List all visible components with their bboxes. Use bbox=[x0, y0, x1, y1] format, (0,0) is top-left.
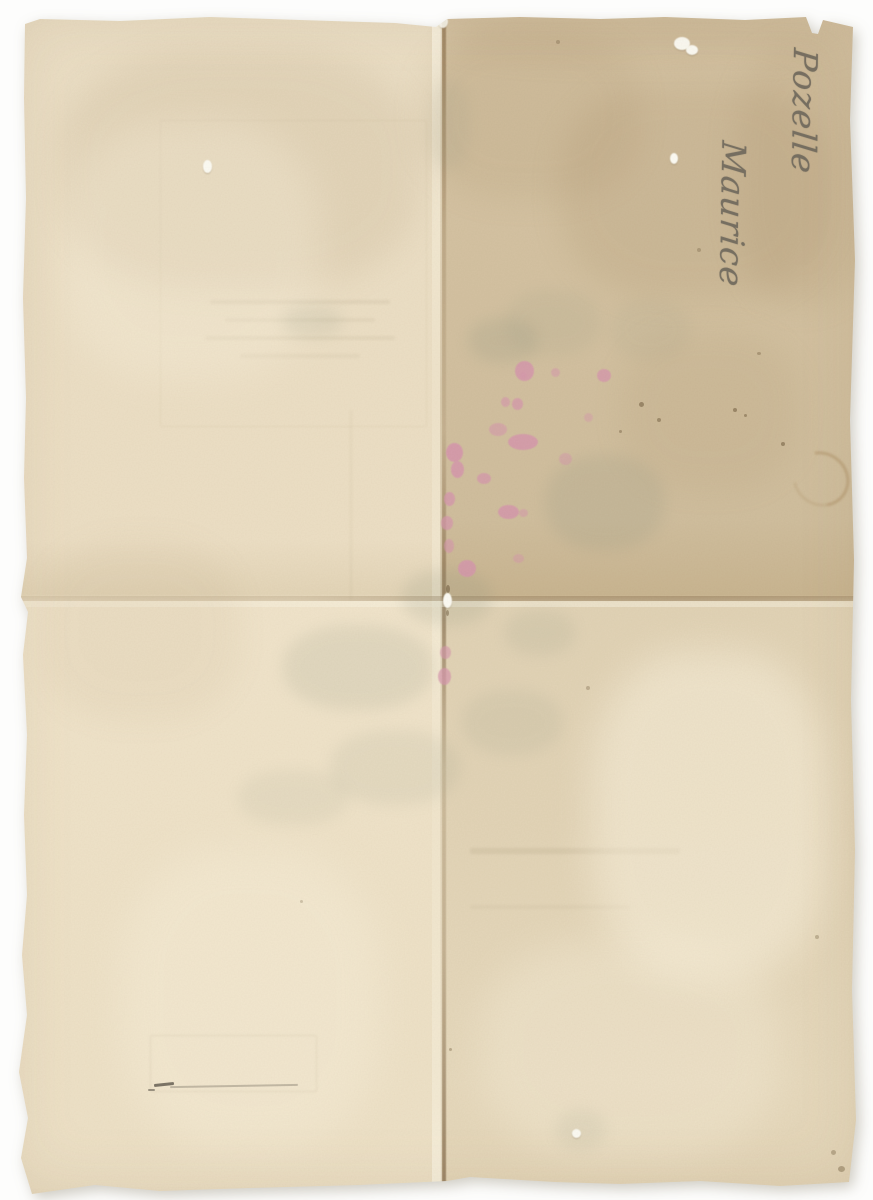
paper-sheet: Pozelle Maurice bbox=[0, 0, 873, 1200]
paper-shadow: Pozelle Maurice bbox=[0, 0, 873, 1200]
paper-vignette bbox=[0, 0, 873, 1200]
scan-page: Pozelle Maurice bbox=[0, 0, 873, 1200]
